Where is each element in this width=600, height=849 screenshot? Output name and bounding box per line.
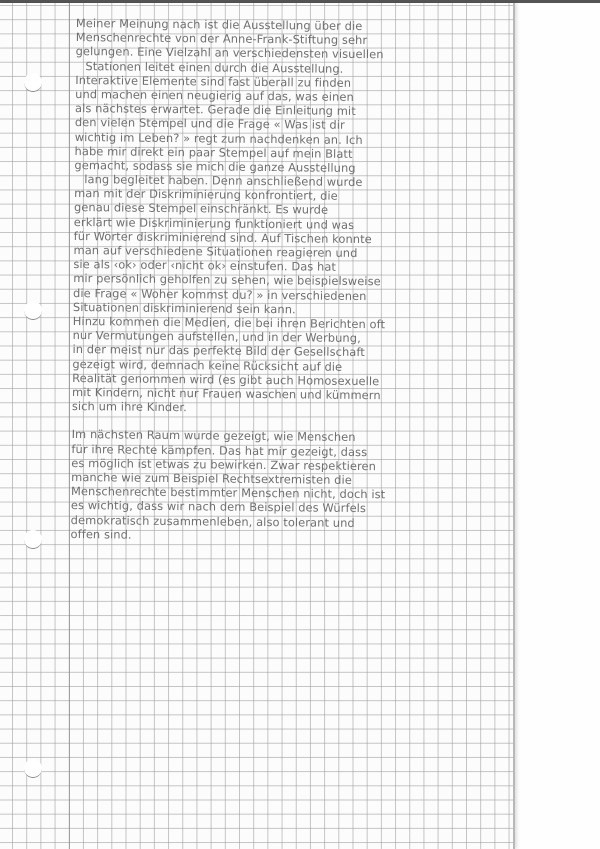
punch-hole	[24, 301, 42, 320]
handwritten-text: Meiner Meinung nach ist die Ausstellung …	[71, 16, 516, 546]
paragraph-2: Im nächsten Raum wurde gezeigt, wie Mens…	[71, 427, 512, 545]
punch-hole	[24, 759, 42, 778]
margin-line	[69, 3, 70, 849]
paragraph-1: Meiner Meinung nach ist die Ausstellung …	[72, 16, 516, 418]
punch-hole	[24, 530, 42, 549]
punch-hole	[24, 73, 42, 92]
scanned-page: Meiner Meinung nach ist die Ausstellung …	[0, 0, 600, 849]
